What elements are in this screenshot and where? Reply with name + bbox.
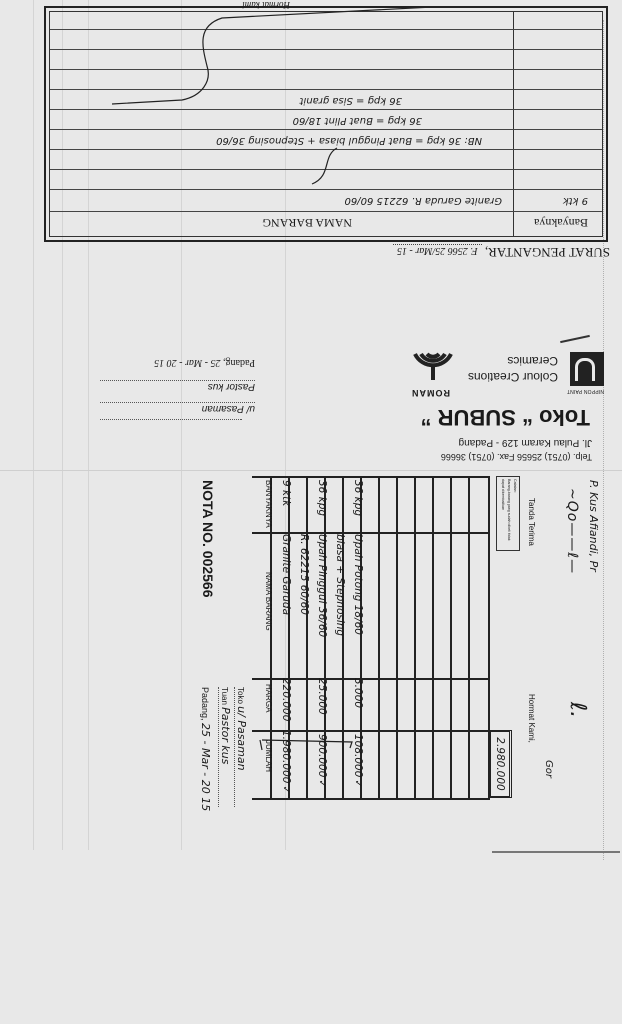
invoice-number: NOTA NO. 002566	[200, 480, 216, 598]
sender-initials: Gor	[543, 760, 554, 778]
received-label: Tanda Terima	[527, 498, 536, 546]
row-1-qty: 9 ktk	[280, 480, 292, 506]
nota-number: 002566	[200, 551, 216, 598]
brand-line-2: Ceramics	[507, 354, 558, 368]
invoice: NOTA NO. 002566 Padang, 25 - Mar - 20 15…	[190, 472, 520, 902]
note-label: Catatan:	[512, 479, 518, 548]
sender-signature: ℓ.	[565, 702, 590, 718]
row-4-item: biasa + Stepnosing	[334, 534, 346, 636]
column-header-qty: BANYAKNYA	[264, 480, 273, 528]
row-3-amount: 900.000✓	[316, 734, 328, 788]
receiver-signature: ~Qo——ℓ—	[564, 488, 580, 574]
row-3-price: 25.000	[316, 678, 328, 715]
pen-mark	[560, 335, 590, 343]
row-1-item: Granite Garuda R. 62215 60/60	[345, 195, 502, 206]
checkmark-icon: ✓	[352, 779, 363, 787]
tuan-label: Tuan	[220, 687, 229, 705]
note-text: Barang-barang yang sudah dibeli tidak da…	[500, 479, 512, 548]
column-header-qty: Banyaknya	[534, 215, 588, 230]
delivery-date: Padang, 25 - Mar - 20 15	[154, 357, 255, 368]
invoice-total: 2.980.000	[489, 730, 512, 798]
nippon-paint-caption: NIPPON PAINT	[567, 388, 604, 394]
recipient-line-3	[100, 419, 242, 432]
delivery-note: NIPPON PAINT Colour Creations Ceramics R…	[40, 0, 610, 470]
scan-artifact-line	[33, 0, 34, 850]
nippon-paint-logo-icon	[570, 352, 604, 386]
row-5-amount: 108.000✓	[352, 734, 364, 788]
invoice-note: Catatan: Barang-barang yang sudah dibeli…	[496, 476, 520, 551]
roman-logo-text: ROMAN	[411, 388, 450, 398]
checkmark-icon: ✓	[280, 785, 291, 793]
column-header-price: HARGA	[264, 684, 273, 712]
invoice-date-value: 25 - Mar - 20 15	[199, 723, 212, 811]
invoice-customer: Tuan Pastor kus	[218, 687, 232, 807]
row-2-item: R. 62215 60/60	[298, 534, 310, 615]
receiver-name: P. Kus Afiandi, Pr	[587, 480, 600, 572]
closing-text: Hormat kami	[242, 0, 290, 10]
sender-label: Hormat Kami,	[527, 694, 536, 743]
toko-label: Toko	[236, 687, 245, 704]
row-1-amount: 1.980.000✓	[280, 730, 292, 794]
strike-through-scribble	[112, 6, 452, 196]
row-1-qty: 9 ktk	[563, 195, 588, 206]
store-phone: Telp. (0751) 25656 Fax. (0751) 36666	[441, 452, 592, 462]
invoice-date-label: Padang,	[200, 687, 210, 721]
row-5-qty: 36 kpg	[352, 480, 364, 516]
row-5-item: Upah Potong 18/60	[352, 534, 364, 635]
delivery-items-table: Banyaknya NAMA BARANG 9 ktk Granite Garu…	[44, 6, 608, 242]
store-address: Jl. Pulau Karam 129 - Padang	[459, 437, 592, 448]
tuan-value: Pastor kus	[219, 707, 232, 764]
row-1-price: 220.000	[280, 678, 292, 721]
date-label: Padang,	[223, 357, 255, 368]
recipient-line-1: Pastor kus	[100, 380, 255, 392]
row-5-price: 3.000	[352, 678, 364, 708]
row-3-amount-value: 900.000	[316, 734, 328, 777]
invoice-date: Padang, 25 - Mar - 20 15	[199, 687, 212, 811]
title-label: SURAT PENGANTAR,	[485, 245, 610, 260]
page-fold-line	[0, 470, 622, 471]
store-name: Toko “ SUBUR ”	[421, 404, 590, 430]
row-1-amount-value: 1.980.000	[280, 730, 292, 783]
brand-line-1: Colour Creations	[468, 370, 558, 384]
roman-logo-icon	[411, 352, 455, 388]
checkmark-icon: ✓	[316, 779, 327, 787]
row-3-item: Upah Pinggul 36/60	[316, 534, 328, 637]
column-header-item: NAMA BARANG	[264, 572, 273, 631]
column-divider	[513, 12, 514, 236]
delivery-note-title: SURAT PENGANTAR, F. 2566 25/Mar - 15	[393, 244, 610, 260]
row-3-qty: 36 kpg	[316, 480, 328, 516]
title-number: F. 2566 25/Mar - 15	[393, 244, 482, 256]
column-header-item: NAMA BARANG	[262, 215, 352, 230]
recipient-line-2: u/ Pasaman	[100, 402, 255, 414]
toko-value: u/ Pasaman	[235, 706, 248, 770]
column-header-amount: JUMLAH	[264, 740, 273, 772]
row-line	[50, 211, 602, 212]
invoice-store: Toko u/ Pasaman	[234, 687, 248, 807]
delivery-note-header: NIPPON PAINT Colour Creations Ceramics R…	[40, 250, 610, 470]
date-value: 25 - Mar - 20 15	[154, 357, 220, 368]
row-5-amount-value: 108.000	[352, 734, 364, 777]
nota-label: NOTA NO.	[200, 480, 216, 547]
row-1-item: Granite Garuda	[280, 534, 292, 615]
